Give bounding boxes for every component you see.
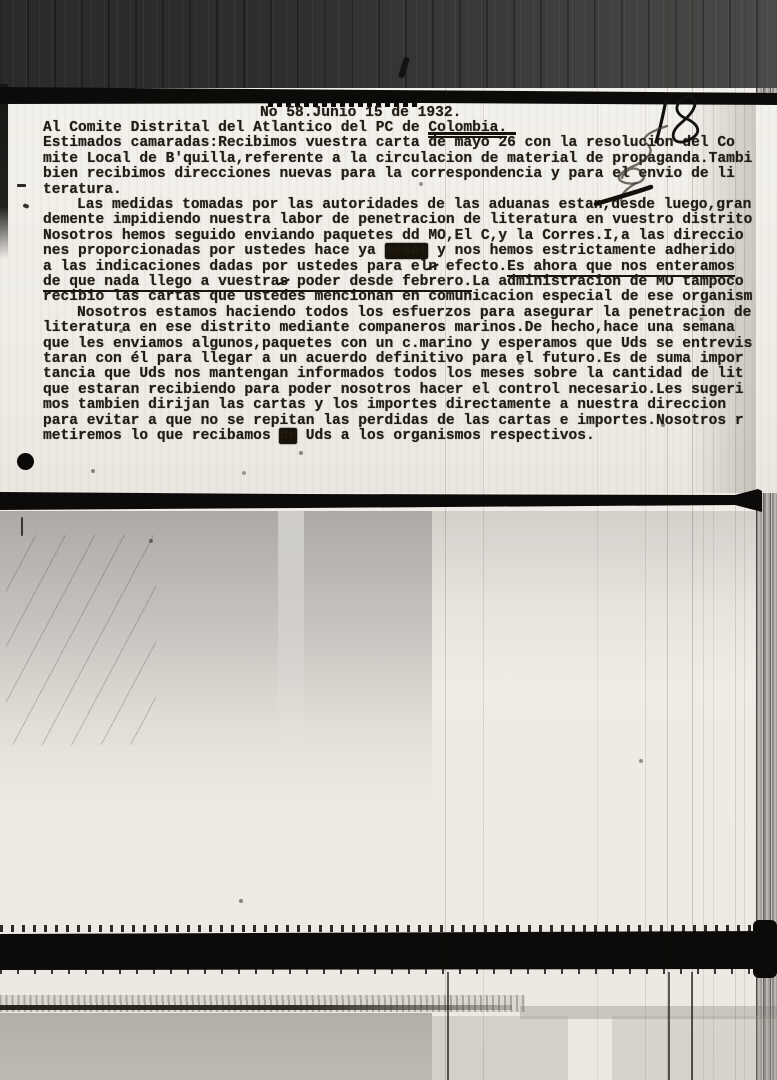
text-segment: taran con él para llegar a un acuerdo de… bbox=[43, 351, 744, 367]
scratch-line bbox=[713, 0, 714, 1080]
text-segment: a las indicaciones dadas por ustedes par… bbox=[43, 259, 428, 275]
film-band-middle bbox=[0, 928, 777, 972]
text-segment: teratura. bbox=[43, 182, 122, 198]
text-line: metiremos lo que recibamos de Uds a los … bbox=[43, 429, 595, 444]
text-segment: literatura en ese distrito mediante comp… bbox=[43, 320, 735, 336]
bottom-texture-right bbox=[612, 1016, 777, 1080]
text-segment: nes proporcionadas por ustedes hace ya bbox=[43, 243, 385, 259]
text-segment: Al Comite Distrital del Atlantico del PC… bbox=[43, 120, 428, 136]
text-line: Nosotros hemos seguido enviando paquetes… bbox=[43, 229, 744, 244]
text-line: bien recibimos direcciones nuevas para l… bbox=[43, 167, 735, 182]
text-line: literatura en ese distrito mediante comp… bbox=[43, 321, 735, 336]
text-segment: mos tambien dirijan las cartas y los imp… bbox=[43, 397, 726, 413]
scratch-line bbox=[645, 0, 646, 1080]
film-band-middle-end-blob bbox=[753, 920, 777, 978]
text-line: para evitar a que no se repitan las perd… bbox=[43, 414, 744, 429]
scratch-line-bottom bbox=[447, 972, 449, 1080]
scratch-line-bottom bbox=[691, 972, 693, 1080]
film-band-middle-fuzz-bottom bbox=[0, 968, 777, 974]
hole-punch-dot bbox=[17, 453, 34, 470]
text-segment: y nos hemos estrictamente adherido bbox=[428, 243, 735, 259]
text-segment: de mayo 26 bbox=[428, 132, 516, 151]
margin-tick-mark bbox=[21, 517, 23, 536]
bottom-dark-line bbox=[0, 1005, 512, 1010]
text-segment: tancia que Uds nos mantengan informados … bbox=[43, 366, 744, 382]
text-line: Estimados camaradas:Recibimos vuestra ca… bbox=[43, 136, 735, 151]
text-line: tancia que Uds nos mantengan informados … bbox=[43, 367, 744, 382]
text-segment: efecto. bbox=[437, 259, 507, 275]
scanned-letter-page: No 58.Junio 15 de 1932.Al Comite Distrit… bbox=[0, 0, 777, 1080]
scratch-line bbox=[735, 0, 736, 1080]
letter-body: No 58.Junio 15 de 1932.Al Comite Distrit… bbox=[0, 0, 757, 494]
scanner-texture-mid-right bbox=[432, 511, 756, 681]
scratch-line bbox=[445, 0, 446, 1080]
text-segment: para evitar a que no se repitan las perd… bbox=[43, 413, 744, 429]
text-segment: metiremos lo que recibamos bbox=[43, 428, 279, 444]
text-line: que estaran recibiendo para poder nosotr… bbox=[43, 383, 744, 398]
text-segment: bien recibimos direcciones nuevas para l… bbox=[43, 166, 735, 182]
scratch-line bbox=[744, 0, 745, 1080]
text-segment: n bbox=[428, 259, 437, 275]
scratch-line bbox=[692, 0, 693, 1080]
text-line: teratura. bbox=[43, 183, 122, 198]
scanner-light-column bbox=[278, 511, 304, 761]
scratch-line bbox=[483, 0, 484, 1080]
scratch-line-bottom bbox=[668, 972, 670, 1080]
text-segment: de bbox=[279, 428, 297, 444]
margin-dash-mark bbox=[17, 184, 26, 187]
film-band-middle-fuzz-top bbox=[0, 925, 777, 932]
text-line: a las indicaciones dadas por ustedes par… bbox=[43, 260, 735, 275]
text-segment: Nosotros estamos haciendo todos los esfu… bbox=[77, 305, 751, 321]
text-line: Las medidas tomadas por las autoridades … bbox=[77, 198, 751, 213]
text-line: mos tambien dirijan las cartas y los imp… bbox=[43, 398, 726, 413]
text-segment: Estimados camaradas:Recibimos vuestra ca… bbox=[43, 135, 428, 151]
diagonal-scratches bbox=[6, 535, 156, 745]
scratch-line bbox=[667, 0, 668, 1080]
text-line: taran con él para llegar a un acuerdo de… bbox=[43, 352, 744, 367]
dust-specks bbox=[0, 0, 2, 2]
text-line: No 58.Junio 15 de 1932. bbox=[260, 106, 461, 121]
bottom-texture-left bbox=[0, 1013, 432, 1080]
text-segment: meses bbox=[385, 243, 429, 259]
text-segment: Nosotros hemos seguido enviando paquetes… bbox=[43, 228, 744, 244]
text-segment: Las medidas tomadas por las autoridades … bbox=[77, 197, 751, 213]
bottom-texture-middle bbox=[432, 1016, 568, 1080]
text-segment: No 58.Junio 15 de 1932. bbox=[260, 105, 461, 121]
text-line: de que nada llego a vuestras poder desde… bbox=[43, 275, 744, 290]
scratch-line bbox=[703, 0, 704, 1080]
text-line: nes proporcionadas por ustedes hace ya m… bbox=[43, 244, 735, 259]
scratch-line bbox=[597, 0, 598, 1080]
text-segment: que estaran recibiendo para poder nosotr… bbox=[43, 382, 744, 398]
text-line: Nosotros estamos haciendo todos los esfu… bbox=[77, 306, 751, 321]
